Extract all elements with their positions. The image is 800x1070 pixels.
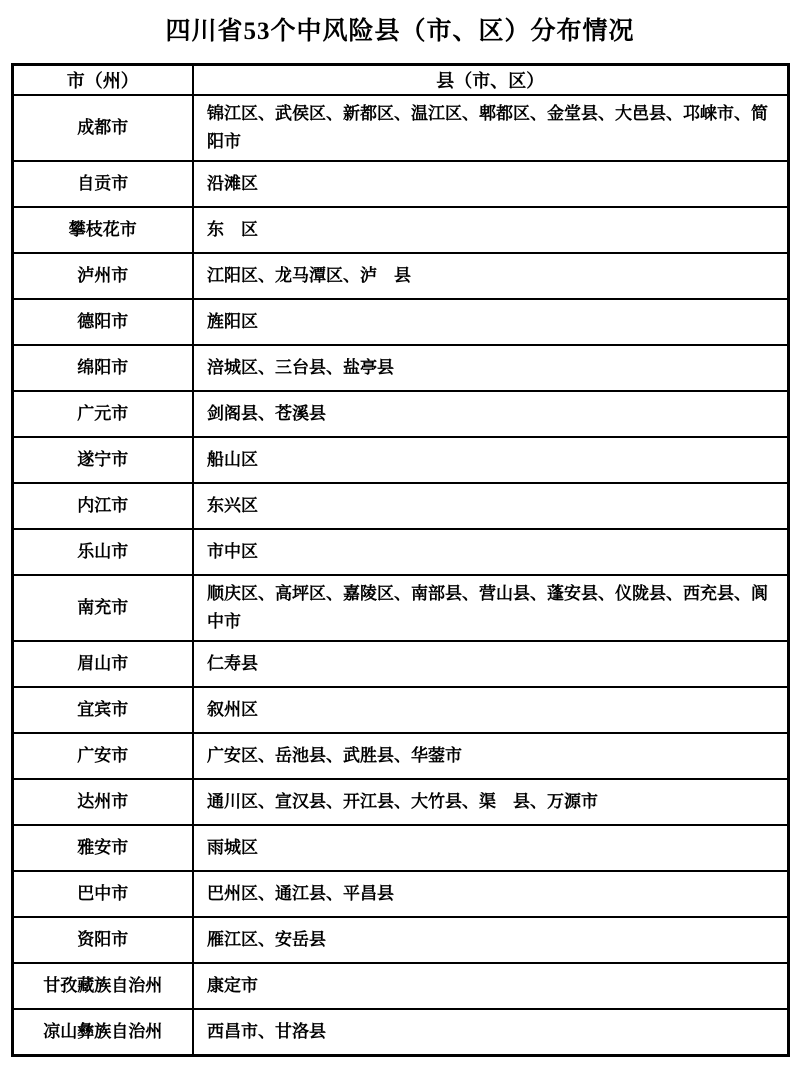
table-row: 宜宾市 叙州区 (12, 687, 788, 733)
counties-cell: 雁江区、安岳县 (193, 917, 788, 963)
city-cell: 资阳市 (12, 917, 193, 963)
table-row: 泸州市 江阳区、龙马潭区、泸 县 (12, 253, 788, 299)
counties-cell: 锦江区、武侯区、新都区、温江区、郫都区、金堂县、大邑县、邛崃市、简阳市 (193, 95, 788, 161)
counties-cell: 叙州区 (193, 687, 788, 733)
counties-cell: 东兴区 (193, 483, 788, 529)
header-city: 市（州） (12, 65, 193, 96)
table-row: 眉山市 仁寿县 (12, 641, 788, 687)
city-cell: 广元市 (12, 391, 193, 437)
table-row: 绵阳市 涪城区、三台县、盐亭县 (12, 345, 788, 391)
counties-cell: 西昌市、甘洛县 (193, 1009, 788, 1055)
table-row: 广元市 剑阁县、苍溪县 (12, 391, 788, 437)
city-cell: 眉山市 (12, 641, 193, 687)
city-cell: 巴中市 (12, 871, 193, 917)
counties-cell: 旌阳区 (193, 299, 788, 345)
city-cell: 甘孜藏族自治州 (12, 963, 193, 1009)
city-cell: 绵阳市 (12, 345, 193, 391)
counties-cell: 剑阁县、苍溪县 (193, 391, 788, 437)
counties-cell: 船山区 (193, 437, 788, 483)
table-row: 攀枝花市 东 区 (12, 207, 788, 253)
table-row: 内江市 东兴区 (12, 483, 788, 529)
counties-cell: 沿滩区 (193, 161, 788, 207)
table-body: 成都市 锦江区、武侯区、新都区、温江区、郫都区、金堂县、大邑县、邛崃市、简阳市 … (12, 95, 788, 1055)
counties-cell: 东 区 (193, 207, 788, 253)
city-cell: 凉山彝族自治州 (12, 1009, 193, 1055)
table-row: 遂宁市 船山区 (12, 437, 788, 483)
counties-cell: 广安区、岳池县、武胜县、华蓥市 (193, 733, 788, 779)
city-cell: 遂宁市 (12, 437, 193, 483)
table-row: 甘孜藏族自治州 康定市 (12, 963, 788, 1009)
counties-cell: 市中区 (193, 529, 788, 575)
table-row: 广安市 广安区、岳池县、武胜县、华蓥市 (12, 733, 788, 779)
document-page: { "title": "四川省53个中风险县（市、区）分布情况", "table… (0, 0, 800, 1070)
city-cell: 宜宾市 (12, 687, 193, 733)
counties-cell: 通川区、宣汉县、开江县、大竹县、渠 县、万源市 (193, 779, 788, 825)
header-counties: 县（市、区） (193, 65, 788, 96)
city-cell: 达州市 (12, 779, 193, 825)
table-header: 市（州） 县（市、区） (12, 65, 788, 96)
table-row: 乐山市 市中区 (12, 529, 788, 575)
table-row: 自贡市 沿滩区 (12, 161, 788, 207)
risk-distribution-table: 市（州） 县（市、区） 成都市 锦江区、武侯区、新都区、温江区、郫都区、金堂县、… (11, 63, 790, 1057)
table-row: 资阳市 雁江区、安岳县 (12, 917, 788, 963)
city-cell: 南充市 (12, 575, 193, 641)
counties-cell: 雨城区 (193, 825, 788, 871)
city-cell: 乐山市 (12, 529, 193, 575)
counties-cell: 涪城区、三台县、盐亭县 (193, 345, 788, 391)
city-cell: 成都市 (12, 95, 193, 161)
city-cell: 自贡市 (12, 161, 193, 207)
counties-cell: 仁寿县 (193, 641, 788, 687)
table-row: 凉山彝族自治州 西昌市、甘洛县 (12, 1009, 788, 1055)
city-cell: 内江市 (12, 483, 193, 529)
city-cell: 攀枝花市 (12, 207, 193, 253)
counties-cell: 顺庆区、高坪区、嘉陵区、南部县、营山县、蓬安县、仪陇县、西充县、阆中市 (193, 575, 788, 641)
table-row: 德阳市 旌阳区 (12, 299, 788, 345)
counties-cell: 康定市 (193, 963, 788, 1009)
counties-cell: 江阳区、龙马潭区、泸 县 (193, 253, 788, 299)
table-row: 南充市 顺庆区、高坪区、嘉陵区、南部县、营山县、蓬安县、仪陇县、西充县、阆中市 (12, 575, 788, 641)
city-cell: 雅安市 (12, 825, 193, 871)
page-title: 四川省53个中风险县（市、区）分布情况 (0, 0, 800, 47)
city-cell: 泸州市 (12, 253, 193, 299)
table-row: 达州市 通川区、宣汉县、开江县、大竹县、渠 县、万源市 (12, 779, 788, 825)
table-row: 成都市 锦江区、武侯区、新都区、温江区、郫都区、金堂县、大邑县、邛崃市、简阳市 (12, 95, 788, 161)
table-row: 雅安市 雨城区 (12, 825, 788, 871)
city-cell: 德阳市 (12, 299, 193, 345)
table-row: 巴中市 巴州区、通江县、平昌县 (12, 871, 788, 917)
header-row: 市（州） 县（市、区） (12, 65, 788, 96)
city-cell: 广安市 (12, 733, 193, 779)
counties-cell: 巴州区、通江县、平昌县 (193, 871, 788, 917)
